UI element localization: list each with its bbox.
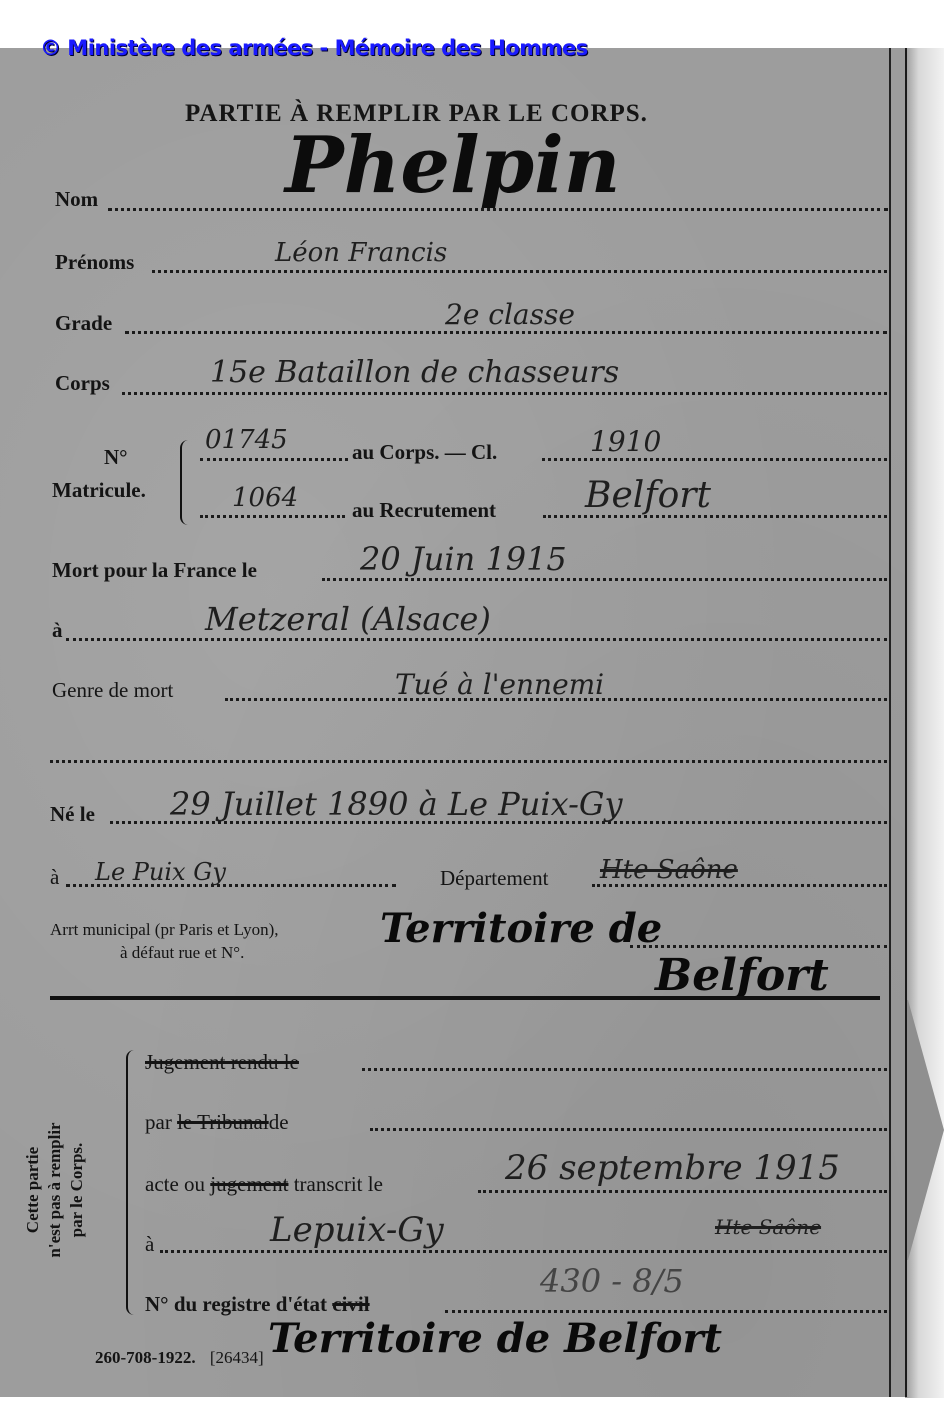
- matricule-brace: [180, 440, 192, 525]
- registre-label: N° du registre d'état civil: [145, 1292, 370, 1317]
- matricule-label-no: N°: [104, 445, 128, 470]
- tribunal-label: par le Tribunalde: [145, 1110, 289, 1135]
- copyright-watermark: © Ministère des armées - Mémoire des Hom…: [40, 36, 588, 60]
- civil-section-brace: [126, 1050, 138, 1315]
- prenoms-label: Prénoms: [55, 250, 134, 275]
- tribunal-suffix: de: [269, 1110, 289, 1134]
- jugement-dotted-line: [362, 1068, 887, 1071]
- acte-value: 26 septembre 1915: [505, 1148, 840, 1188]
- tribunal-prefix: par: [145, 1110, 172, 1134]
- registre-struck: civil: [332, 1292, 369, 1316]
- corps-label: Corps: [55, 371, 110, 396]
- acte-prefix: acte ou: [145, 1172, 205, 1196]
- section-divider: [50, 996, 880, 1000]
- corps-number-dotted-line: [200, 458, 348, 461]
- lieu-dotted-line: [160, 1250, 887, 1253]
- territoire-overwrite: Territoire de Belfort: [268, 1315, 722, 1362]
- au-recrutement-label: au Recrutement: [352, 498, 496, 523]
- genre-mort-value: Tué à l'ennemi: [395, 668, 604, 701]
- corps-number-value: 01745: [205, 425, 288, 455]
- naissance-date-label: Né le: [50, 802, 95, 827]
- mort-lieu-label: à: [52, 618, 63, 643]
- naissance-date-value: 29 Juillet 1890 à Le Puix-Gy: [170, 785, 623, 823]
- mort-lieu-dotted-line: [66, 638, 887, 641]
- nom-value: Phelpin: [285, 120, 621, 211]
- nom-label: Nom: [55, 187, 98, 212]
- footer-ref: [26434]: [210, 1348, 264, 1367]
- side-note-line-2: n'est pas à remplir: [44, 1060, 66, 1320]
- registre-value: 430 - 8/5: [540, 1262, 684, 1300]
- prenoms-value: Léon Francis: [275, 238, 447, 268]
- matricule-label: Matricule.: [52, 478, 146, 503]
- grade-label: Grade: [55, 311, 112, 336]
- naissance-lieu-label: à: [50, 865, 59, 890]
- classe-dotted-line: [542, 458, 887, 461]
- lieu-struck-note: Hte Saône: [715, 1215, 821, 1239]
- footer-code: 260-708-1922.: [95, 1348, 196, 1367]
- acte-struck: jugement: [210, 1172, 288, 1196]
- acte-dotted-line: [478, 1190, 887, 1193]
- mort-date-value: 20 Juin 1915: [360, 540, 567, 578]
- corps-value: 15e Bataillon de chasseurs: [210, 355, 619, 390]
- au-corps-label: au Corps. — Cl.: [352, 440, 497, 465]
- side-note: Cette partie n'est pas à remplir par le …: [22, 1060, 132, 1320]
- lieu-value: Lepuix-Gy: [270, 1210, 444, 1250]
- tribunal-struck: le Tribunal: [177, 1110, 269, 1134]
- arrondissement-label: Arrt municipal (pr Paris et Lyon),: [50, 920, 279, 940]
- prenoms-dotted-line: [152, 270, 887, 273]
- registre-dotted-line: [445, 1310, 887, 1313]
- jugement-label: Jugement rendu le: [145, 1050, 299, 1075]
- mort-date-label: Mort pour la France le: [52, 558, 257, 583]
- classe-value: 1910: [590, 425, 661, 458]
- mort-date-dotted-line: [322, 578, 887, 581]
- arrondissement-value-1: Territoire de: [380, 905, 662, 952]
- recrutement-place-value: Belfort: [585, 475, 711, 516]
- arrondissement-value-2: Belfort: [655, 950, 829, 1001]
- departement-value: Hte Saône: [600, 855, 738, 885]
- departement-label: Département: [440, 866, 548, 891]
- acte-label: acte ou jugement transcrit le: [145, 1172, 383, 1197]
- recrutement-number-dotted-line: [200, 515, 345, 518]
- acte-suffix: transcrit le: [294, 1172, 383, 1196]
- lieu-label: à: [145, 1232, 154, 1257]
- naissance-lieu-value: Le Puix Gy: [95, 858, 226, 886]
- grade-value: 2e classe: [445, 298, 575, 331]
- arrondissement-dotted-line: [630, 945, 887, 948]
- tribunal-dotted-line: [370, 1128, 887, 1131]
- side-note-line-3: par le Corps.: [66, 1060, 88, 1320]
- grade-dotted-line: [125, 331, 887, 334]
- registre-label-text: N° du registre d'état: [145, 1292, 327, 1316]
- mort-lieu-value: Metzeral (Alsace): [205, 600, 491, 638]
- genre-mort-label: Genre de mort: [52, 678, 173, 703]
- blank-dotted-line: [50, 760, 887, 763]
- form-footer: 260-708-1922. [26434]: [95, 1348, 264, 1368]
- recrutement-number-value: 1064: [232, 483, 298, 513]
- arrondissement-sub-label: à défaut rue et N°.: [120, 943, 244, 963]
- side-note-line-1: Cette partie: [22, 1060, 44, 1320]
- corps-dotted-line: [122, 392, 887, 395]
